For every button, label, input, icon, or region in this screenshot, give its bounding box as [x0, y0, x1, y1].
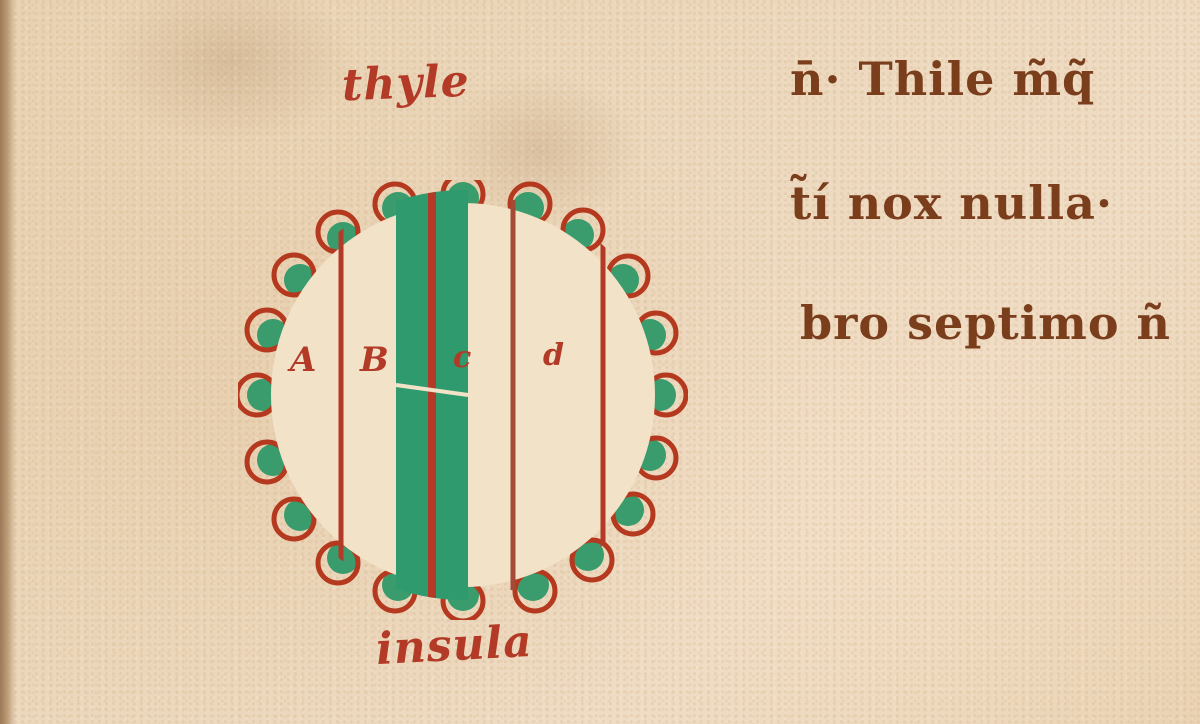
- thule-island-diagram: A B C D: [238, 180, 688, 620]
- text-line-3: bro septimo ñ: [800, 296, 1171, 350]
- diagram-bottom-label: insula: [375, 616, 534, 675]
- text-line-2: t̃í nox nulla·: [790, 176, 1113, 230]
- zone-label-d: D: [543, 338, 564, 373]
- island-map-drawing: [238, 180, 688, 620]
- text-line-1: n̄· Thile m̃q̃: [790, 52, 1095, 106]
- page-gutter-edge: [0, 0, 16, 724]
- zone-label-c: C: [453, 340, 471, 375]
- zone-label-b: B: [360, 340, 389, 380]
- diagram-title-label: thyle: [341, 56, 470, 111]
- manuscript-folio: thyle: [0, 0, 1200, 724]
- zone-label-a: A: [290, 340, 316, 380]
